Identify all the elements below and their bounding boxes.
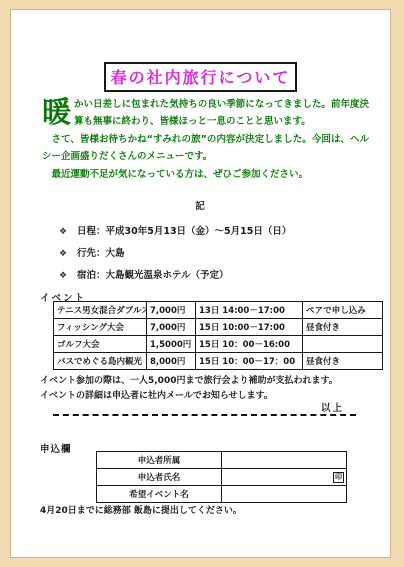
trip-details-list: ❖日程：平成30年5月13日（金）～5月15日（日） ❖行先：大島 ❖宿泊：大島… [59,226,291,292]
diamond-bullet-icon: ❖ [59,249,77,260]
event-name-cell: テニス男女混合ダブルス [54,302,147,319]
list-item: ❖日程：平成30年5月13日（金）～5月15日（日） [59,226,291,238]
form-label-name: 申込者氏名 [97,469,222,486]
event-name-cell: フィッシング大会 [54,319,147,336]
list-item: ❖行先：大島 [59,248,291,260]
event-name-cell: バスでめぐる島内観光 [54,353,147,370]
table-row: ゴルフ大会 1,5000円 15日 10：00－16:00 [54,336,383,353]
subsidy-note: イベント参加の際は、一人5,000円まで旅行会より補助が支払われます。 [40,373,338,386]
document-page: 春の社内旅行について 暖 かい日差しに包まれた気持ちの良い季節になってきました。… [10,9,391,558]
event-time-cell: 15日 10：00－16:00 [196,336,303,353]
title-container: 春の社内旅行について [11,62,390,92]
form-label-affiliation: 申込者所属 [97,452,222,469]
closing-marker: 以上 [321,400,344,414]
table-row: バスでめぐる島内観光 8,000円 15日 10：00－17：00 昼食付き [54,353,383,370]
event-time-cell: 13日 14:00－17:00 [196,302,303,319]
table-row: テニス男女混合ダブルス 7,000円 13日 14:00－17:00 ペアで申し… [54,302,383,319]
event-time-cell: 15日 10:00－17:00 [196,319,303,336]
list-item: ❖宿泊：大島観光温泉ホテル（予定） [59,270,291,282]
seal-stamp-icon: 印 [333,472,344,483]
desktop-background: { "doc": { "title": "春の社内旅行について", "intro… [0,0,404,567]
event-price-cell: 8,000円 [147,353,196,370]
intro-paragraph-2: さて、皆様お待ちかね“すみれの旅”の内容が決定しました。今回は、ヘルシー企画盛り… [42,131,369,165]
trip-destination: 行先：大島 [77,248,125,259]
dropcap-character: 暖 [42,97,71,127]
event-note-cell [303,336,383,353]
diamond-bullet-icon: ❖ [59,227,77,238]
form-input-name: 印 [222,469,347,486]
event-price-cell: 7,000円 [147,302,196,319]
diamond-bullet-icon: ❖ [59,271,77,282]
event-note-cell: 昼食付き [303,319,383,336]
table-row: 申込者所属 [97,452,347,469]
event-price-cell: 1,5000円 [147,336,196,353]
submission-deadline: 4月20日までに総務部 飯島に提出してください。 [40,503,242,516]
intro-paragraphs: 暖 かい日差しに包まれた気持ちの良い季節になってきました。前年度決算も無事に終わ… [42,96,369,183]
table-row: 申込者氏名 印 [97,469,347,486]
trip-date: 日程：平成30年5月13日（金）～5月15日（日） [77,226,291,237]
form-section-heading: 申込欄 [40,441,72,455]
event-table: テニス男女混合ダブルス 7,000円 13日 14:00－17:00 ペアで申し… [53,301,383,370]
event-time-cell: 15日 10：00－17：00 [196,353,303,370]
table-row: フィッシング大会 7,000円 15日 10:00－17:00 昼食付き [54,319,383,336]
form-input-event [222,486,347,503]
trip-lodging: 宿泊：大島観光温泉ホテル（予定） [77,270,229,281]
intro-paragraph-3: 最近運動不足が気になっている方は、ぜひご参加ください。 [42,166,369,183]
intro-paragraph-1: かい日差しに包まれた気持ちの良い季節になってきました。前年度決算も無事に終わり、… [42,96,369,130]
cut-line [53,414,356,416]
table-row: 希望イベント名 [97,486,347,503]
event-note-cell: 昼食付き [303,353,383,370]
form-label-event: 希望イベント名 [97,486,222,503]
event-note-cell: ペアで申し込み [303,302,383,319]
record-marker: 記 [11,198,390,212]
event-name-cell: ゴルフ大会 [54,336,147,353]
application-form-table: 申込者所属 申込者氏名 印 希望イベント名 [96,451,347,503]
form-input-affiliation [222,452,347,469]
page-title: 春の社内旅行について [104,62,298,92]
detail-note: イベントの詳細は申込者に社内メールでお知らせします。 [40,388,273,401]
event-price-cell: 7,000円 [147,319,196,336]
